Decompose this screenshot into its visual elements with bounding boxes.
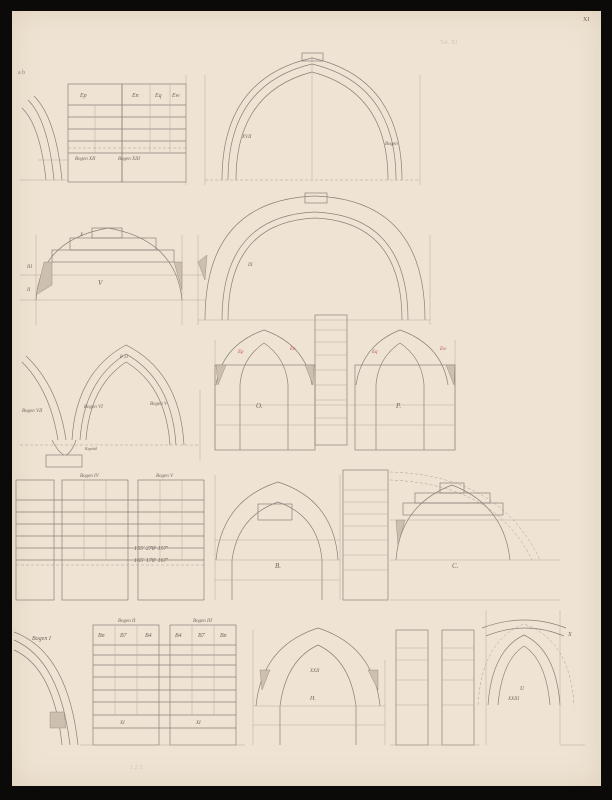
drawing-canvas: Ep En Eq Ew Bogen XII Bogen XIII XVII Bo…: [0, 0, 612, 800]
svg-text:Eq: Eq: [371, 350, 378, 355]
svg-text:B4: B4: [175, 632, 182, 639]
r4-arch-B: B.: [215, 475, 340, 600]
r4-pier: [343, 470, 388, 600]
label-p: P.: [395, 402, 401, 410]
label-v: V: [98, 279, 103, 287]
label-o: O.: [256, 402, 263, 410]
r2-arch: IX: [198, 193, 430, 325]
svg-text:165' 178' 167': 165' 178' 167': [134, 558, 169, 564]
r5-arch-U: U XXIII X: [478, 610, 585, 745]
svg-text:XXII: XXII: [309, 669, 320, 674]
svg-text:En: En: [289, 347, 296, 352]
svg-text:En: En: [131, 93, 139, 99]
label-b: B.: [275, 562, 281, 570]
r1-elevations: Ep En Eq Ew Bogen XII Bogen XIII: [38, 75, 186, 185]
label-bogen-v: Bogen V: [150, 402, 168, 407]
svg-text:IX: IX: [247, 263, 254, 268]
label-bogen-vii: Bogen VII: [22, 409, 43, 414]
svg-text:B7: B7: [120, 633, 128, 639]
svg-text:Ew: Ew: [439, 347, 447, 352]
svg-text:Ep: Ep: [237, 350, 244, 355]
svg-text:X: X: [79, 233, 84, 238]
r5-arch-H: H. XXII: [253, 628, 385, 745]
svg-text:XI: XI: [119, 721, 125, 726]
r4-vault-C: C.: [390, 472, 560, 600]
r2-vault-section: V X III II: [20, 228, 205, 325]
svg-text:Ew: Ew: [171, 93, 180, 99]
svg-text:XVII: XVII: [241, 135, 252, 140]
label-u: U: [520, 686, 525, 692]
svg-text:Bn: Bn: [220, 633, 227, 639]
svg-text:Bogen: Bogen: [385, 142, 398, 147]
r5-piers: [390, 630, 480, 745]
r3-double-arch: Bogen VII Bogen VI Bogen V 8 11 Kapitäl: [20, 345, 200, 467]
label-bogen-xii: Bogen XII: [75, 157, 96, 162]
r4-elevations: Bogen IV Bogen V 155' 278' 157' 165' 178…: [16, 474, 204, 600]
label-bogen-vi: Bogen VI: [84, 405, 103, 410]
r1-arch: XVII Bogen: [205, 53, 420, 185]
r5-arch-I: Bogen I: [14, 632, 78, 745]
svg-text:8 11: 8 11: [120, 355, 128, 360]
svg-text:Bn: Bn: [98, 633, 105, 639]
svg-text:X: X: [567, 632, 572, 638]
svg-text:Ep: Ep: [79, 93, 87, 99]
svg-text:Kapitäl: Kapitäl: [84, 446, 98, 451]
svg-text:III: III: [26, 265, 32, 270]
svg-text:B4: B4: [145, 632, 152, 639]
r1-partial-arch: [20, 96, 68, 180]
label-bogen-xiii: Bogen XIII: [118, 157, 140, 162]
r3-arcade: Ep En Eq Ew O. P.: [215, 315, 455, 450]
label-bogen-v-lower: Bogen V: [156, 474, 174, 479]
label-bogen-iii: Bogen III: [193, 619, 212, 624]
svg-text:B7: B7: [198, 633, 206, 639]
label-bogen-i: Bogen I: [32, 636, 52, 642]
svg-text:XXIII: XXIII: [507, 697, 519, 702]
label-bogen-ii: Bogen II: [118, 619, 136, 624]
svg-text:Eq: Eq: [154, 93, 162, 99]
label-h: H.: [309, 696, 316, 702]
svg-text:155' 278' 157': 155' 278' 157': [134, 546, 169, 552]
r5-elevations: Bogen II Bogen III Bn B7 B4 B4 B7 Bn XI …: [80, 619, 245, 745]
svg-text:II: II: [26, 288, 31, 293]
label-bogen-iv: Bogen IV: [80, 474, 100, 479]
svg-text:XI: XI: [195, 721, 201, 726]
label-c: C.: [452, 562, 459, 570]
